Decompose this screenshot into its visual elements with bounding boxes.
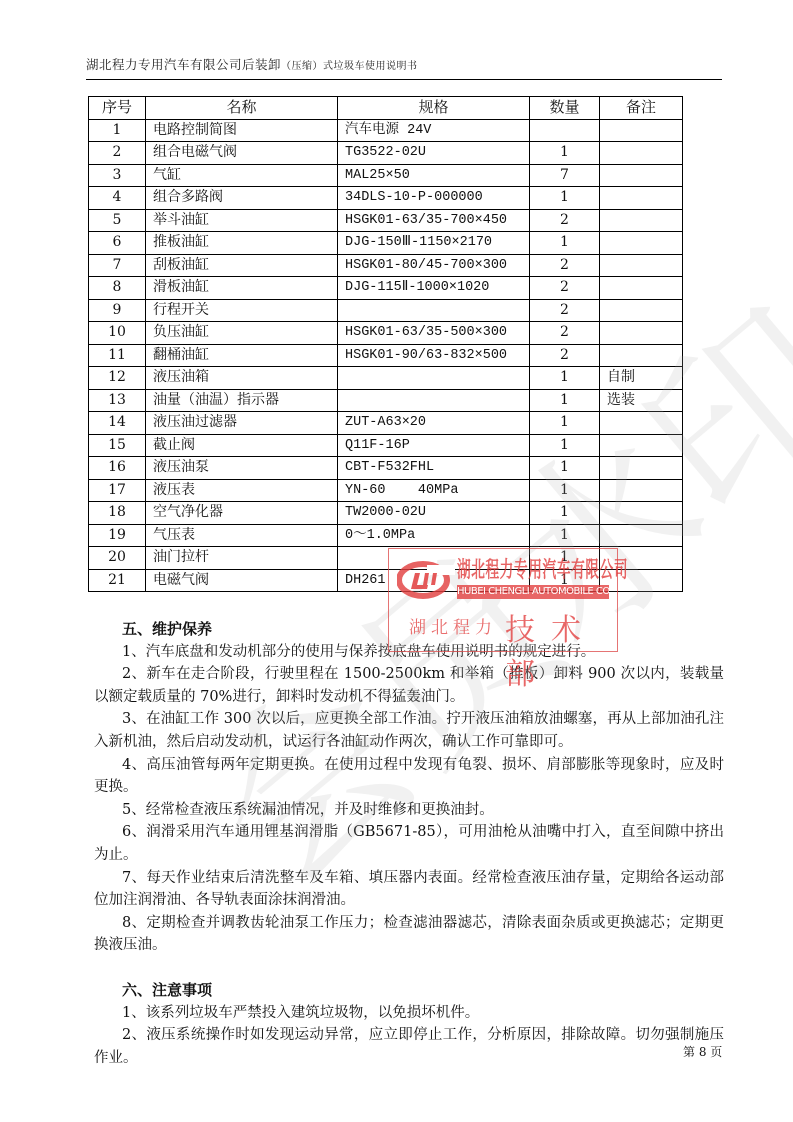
cell-note xyxy=(600,142,683,165)
paragraph: 1、汽车底盘和发动机部分的使用与保养按底盘车使用说明书的规定进行。 xyxy=(94,641,724,664)
cell-spec xyxy=(338,367,530,390)
paragraph: 1、该系列垃圾车严禁投入建筑垃圾物，以免损坏机件。 xyxy=(94,1002,724,1025)
table-row: 9行程开关2 xyxy=(89,299,683,322)
cell-name: 滑板油缸 xyxy=(146,277,338,300)
cell-note xyxy=(600,457,683,480)
cell-no: 1 xyxy=(89,119,146,142)
cell-no: 2 xyxy=(89,142,146,165)
cell-spec: 34DLS-10-P-000000 xyxy=(338,187,530,210)
cell-note xyxy=(600,547,683,570)
cell-no: 11 xyxy=(89,344,146,367)
cell-no: 20 xyxy=(89,547,146,570)
cell-note xyxy=(600,164,683,187)
cell-note xyxy=(600,502,683,525)
cell-note: 自制 xyxy=(600,367,683,390)
cell-no: 5 xyxy=(89,209,146,232)
cell-name: 截止阀 xyxy=(146,434,338,457)
table-row: 7刮板油缸HSGK01-80/45-700×3002 xyxy=(89,254,683,277)
cell-spec: MAL25×50 xyxy=(338,164,530,187)
cell-name: 行程开关 xyxy=(146,299,338,322)
cell-qty: 1 xyxy=(530,502,600,525)
cell-qty: 1 xyxy=(530,187,600,210)
cell-qty: 1 xyxy=(530,569,600,592)
cell-note xyxy=(600,569,683,592)
table-row: 14液压油过滤器ZUT-A63×201 xyxy=(89,412,683,435)
page-number: 第 8 页 xyxy=(683,1043,722,1060)
paragraph: 7、每天作业结束后清洗整车及车箱、填压器内表面。经常检查液压油存量，定期给各运动… xyxy=(94,867,724,912)
cell-note xyxy=(600,412,683,435)
table-row: 12液压油箱1自制 xyxy=(89,367,683,390)
cell-note xyxy=(600,479,683,502)
table-row: 1电路控制简图汽车电源 24V xyxy=(89,119,683,142)
cell-name: 液压油过滤器 xyxy=(146,412,338,435)
cell-spec: TG3522-02U xyxy=(338,142,530,165)
cell-note: 选装 xyxy=(600,389,683,412)
table-row: 21电磁气阀DH2611 xyxy=(89,569,683,592)
section-title: 六、注意事项 xyxy=(94,979,724,1002)
cell-qty: 2 xyxy=(530,209,600,232)
cell-spec: ZUT-A63×20 xyxy=(338,412,530,435)
cell-name: 气缸 xyxy=(146,164,338,187)
table-row: 17液压表YN-60 40MPa1 xyxy=(89,479,683,502)
cell-note xyxy=(600,277,683,300)
cell-qty: 1 xyxy=(530,479,600,502)
cell-no: 7 xyxy=(89,254,146,277)
cell-spec xyxy=(338,299,530,322)
cell-spec: HSGK01-80/45-700×300 xyxy=(338,254,530,277)
cell-spec xyxy=(338,547,530,570)
cell-qty: 1 xyxy=(530,547,600,570)
cell-qty: 2 xyxy=(530,322,600,345)
cell-qty xyxy=(530,119,600,142)
header-title-tail: 式垃圾车使用说明书 xyxy=(323,61,418,72)
cell-qty: 1 xyxy=(530,367,600,390)
cell-note xyxy=(600,254,683,277)
cell-spec xyxy=(338,389,530,412)
table-row: 11翻桶油缸HSGK01-90/63-832×5002 xyxy=(89,344,683,367)
cell-no: 10 xyxy=(89,322,146,345)
cell-spec: 汽车电源 24V xyxy=(338,119,530,142)
cell-name: 负压油缸 xyxy=(146,322,338,345)
paragraph: 6、润滑采用汽车通用锂基润滑脂（GB5671-85），可用油枪从油嘴中打入，直至… xyxy=(94,821,724,866)
cell-spec: HSGK01-90/63-832×500 xyxy=(338,344,530,367)
table-row: 13油量（油温）指示器1选装 xyxy=(89,389,683,412)
cell-qty: 1 xyxy=(530,232,600,255)
paragraph: 3、在油缸工作 300 次以后，应更换全部工作油。拧开液压油箱放油螺塞，再从上部… xyxy=(94,708,724,753)
cell-note xyxy=(600,322,683,345)
cell-name: 组合电磁气阀 xyxy=(146,142,338,165)
table-row: 19气压表0～1.0MPa1 xyxy=(89,524,683,547)
header-title-main: 湖北程力专用汽车有限公司后装卸 xyxy=(86,57,281,72)
cell-spec: HSGK01-63/35-700×450 xyxy=(338,209,530,232)
section-maintenance: 五、维护保养 1、汽车底盘和发动机部分的使用与保养按底盘车使用说明书的规定进行。… xyxy=(94,618,724,957)
cell-note xyxy=(600,524,683,547)
cell-note xyxy=(600,232,683,255)
cell-no: 3 xyxy=(89,164,146,187)
cell-no: 18 xyxy=(89,502,146,525)
cell-name: 翻桶油缸 xyxy=(146,344,338,367)
table-row: 6推板油缸DJG-150Ⅲ-1150×21701 xyxy=(89,232,683,255)
table-row: 8滑板油缸DJG-115Ⅱ-1000×10202 xyxy=(89,277,683,300)
table-row: 10负压油缸HSGK01-63/35-500×3002 xyxy=(89,322,683,345)
paragraph: 5、经常检查液压系统漏油情况，并及时维修和更换油封。 xyxy=(94,799,724,822)
cell-name: 液压油泵 xyxy=(146,457,338,480)
cell-note xyxy=(600,434,683,457)
cell-name: 液压表 xyxy=(146,479,338,502)
cell-no: 6 xyxy=(89,232,146,255)
cell-no: 16 xyxy=(89,457,146,480)
paragraph: 8、定期检查并调教齿轮油泵工作压力；检查滤油器滤芯，清除表面杂质或更换滤芯；定期… xyxy=(94,912,724,957)
cell-spec: DJG-150Ⅲ-1150×2170 xyxy=(338,232,530,255)
cell-qty: 1 xyxy=(530,142,600,165)
col-header-no: 序号 xyxy=(89,97,146,120)
cell-no: 13 xyxy=(89,389,146,412)
cell-no: 21 xyxy=(89,569,146,592)
cell-note xyxy=(600,299,683,322)
cell-note xyxy=(600,119,683,142)
cell-spec: Q11F-16P xyxy=(338,434,530,457)
header-title-paren: （压缩） xyxy=(281,61,323,72)
table-row: 4组合多路阀34DLS-10-P-0000001 xyxy=(89,187,683,210)
table-row: 20油门拉杆1 xyxy=(89,547,683,570)
col-header-qty: 数量 xyxy=(530,97,600,120)
section-precautions: 六、注意事项 1、该系列垃圾车严禁投入建筑垃圾物，以免损坏机件。 2、液压系统操… xyxy=(94,979,724,1069)
cell-qty: 1 xyxy=(530,457,600,480)
cell-no: 4 xyxy=(89,187,146,210)
cell-no: 9 xyxy=(89,299,146,322)
cell-spec: DH261 xyxy=(338,569,530,592)
cell-no: 8 xyxy=(89,277,146,300)
table-row: 5举斗油缸HSGK01-63/35-700×4502 xyxy=(89,209,683,232)
cell-note xyxy=(600,344,683,367)
cell-qty: 1 xyxy=(530,524,600,547)
cell-spec: CBT-F532FHL xyxy=(338,457,530,480)
cell-no: 14 xyxy=(89,412,146,435)
cell-name: 电磁气阀 xyxy=(146,569,338,592)
table-row: 15截止阀Q11F-16P1 xyxy=(89,434,683,457)
paragraph: 4、高压油管每两年定期更换。在使用过程中发现有龟裂、损坏、肩部膨胀等现象时，应及… xyxy=(94,754,724,799)
table-row: 16液压油泵CBT-F532FHL1 xyxy=(89,457,683,480)
cell-no: 15 xyxy=(89,434,146,457)
cell-qty: 2 xyxy=(530,299,600,322)
cell-no: 12 xyxy=(89,367,146,390)
cell-qty: 2 xyxy=(530,344,600,367)
col-header-name: 名称 xyxy=(146,97,338,120)
section-title: 五、维护保养 xyxy=(94,618,724,641)
cell-spec: DJG-115Ⅱ-1000×1020 xyxy=(338,277,530,300)
cell-spec: TW2000-02U xyxy=(338,502,530,525)
cell-name: 举斗油缸 xyxy=(146,209,338,232)
document-body: 五、维护保养 1、汽车底盘和发动机部分的使用与保养按底盘车使用说明书的规定进行。… xyxy=(94,618,724,1069)
cell-name: 油量（油温）指示器 xyxy=(146,389,338,412)
cell-name: 刮板油缸 xyxy=(146,254,338,277)
cell-qty: 1 xyxy=(530,412,600,435)
cell-name: 油门拉杆 xyxy=(146,547,338,570)
cell-qty: 2 xyxy=(530,254,600,277)
cell-note xyxy=(600,187,683,210)
paragraph: 2、新车在走合阶段，行驶里程在 1500-2500km 和举箱（推板）卸料 90… xyxy=(94,663,724,708)
table-row: 3气缸MAL25×507 xyxy=(89,164,683,187)
cell-name: 组合多路阀 xyxy=(146,187,338,210)
col-header-note: 备注 xyxy=(600,97,683,120)
cell-name: 液压油箱 xyxy=(146,367,338,390)
cell-name: 空气净化器 xyxy=(146,502,338,525)
cell-qty: 2 xyxy=(530,277,600,300)
col-header-spec: 规格 xyxy=(338,97,530,120)
table-row: 2组合电磁气阀TG3522-02U1 xyxy=(89,142,683,165)
document-header: 湖北程力专用汽车有限公司后装卸（压缩）式垃圾车使用说明书 xyxy=(86,57,722,80)
cell-no: 17 xyxy=(89,479,146,502)
paragraph: 2、液压系统操作时如发现运动异常，应立即停止工作，分析原因，排除故障。切勿强制施… xyxy=(94,1024,724,1069)
table-row: 18空气净化器TW2000-02U1 xyxy=(89,502,683,525)
cell-spec: HSGK01-63/35-500×300 xyxy=(338,322,530,345)
cell-note xyxy=(600,209,683,232)
cell-qty: 1 xyxy=(530,434,600,457)
cell-name: 推板油缸 xyxy=(146,232,338,255)
cell-qty: 7 xyxy=(530,164,600,187)
table-header-row: 序号 名称 规格 数量 备注 xyxy=(89,97,683,120)
cell-qty: 1 xyxy=(530,389,600,412)
cell-name: 气压表 xyxy=(146,524,338,547)
cell-no: 19 xyxy=(89,524,146,547)
parts-table: 序号 名称 规格 数量 备注 1电路控制简图汽车电源 24V2组合电磁气阀TG3… xyxy=(88,96,683,592)
cell-spec: YN-60 40MPa xyxy=(338,479,530,502)
cell-name: 电路控制简图 xyxy=(146,119,338,142)
cell-spec: 0～1.0MPa xyxy=(338,524,530,547)
